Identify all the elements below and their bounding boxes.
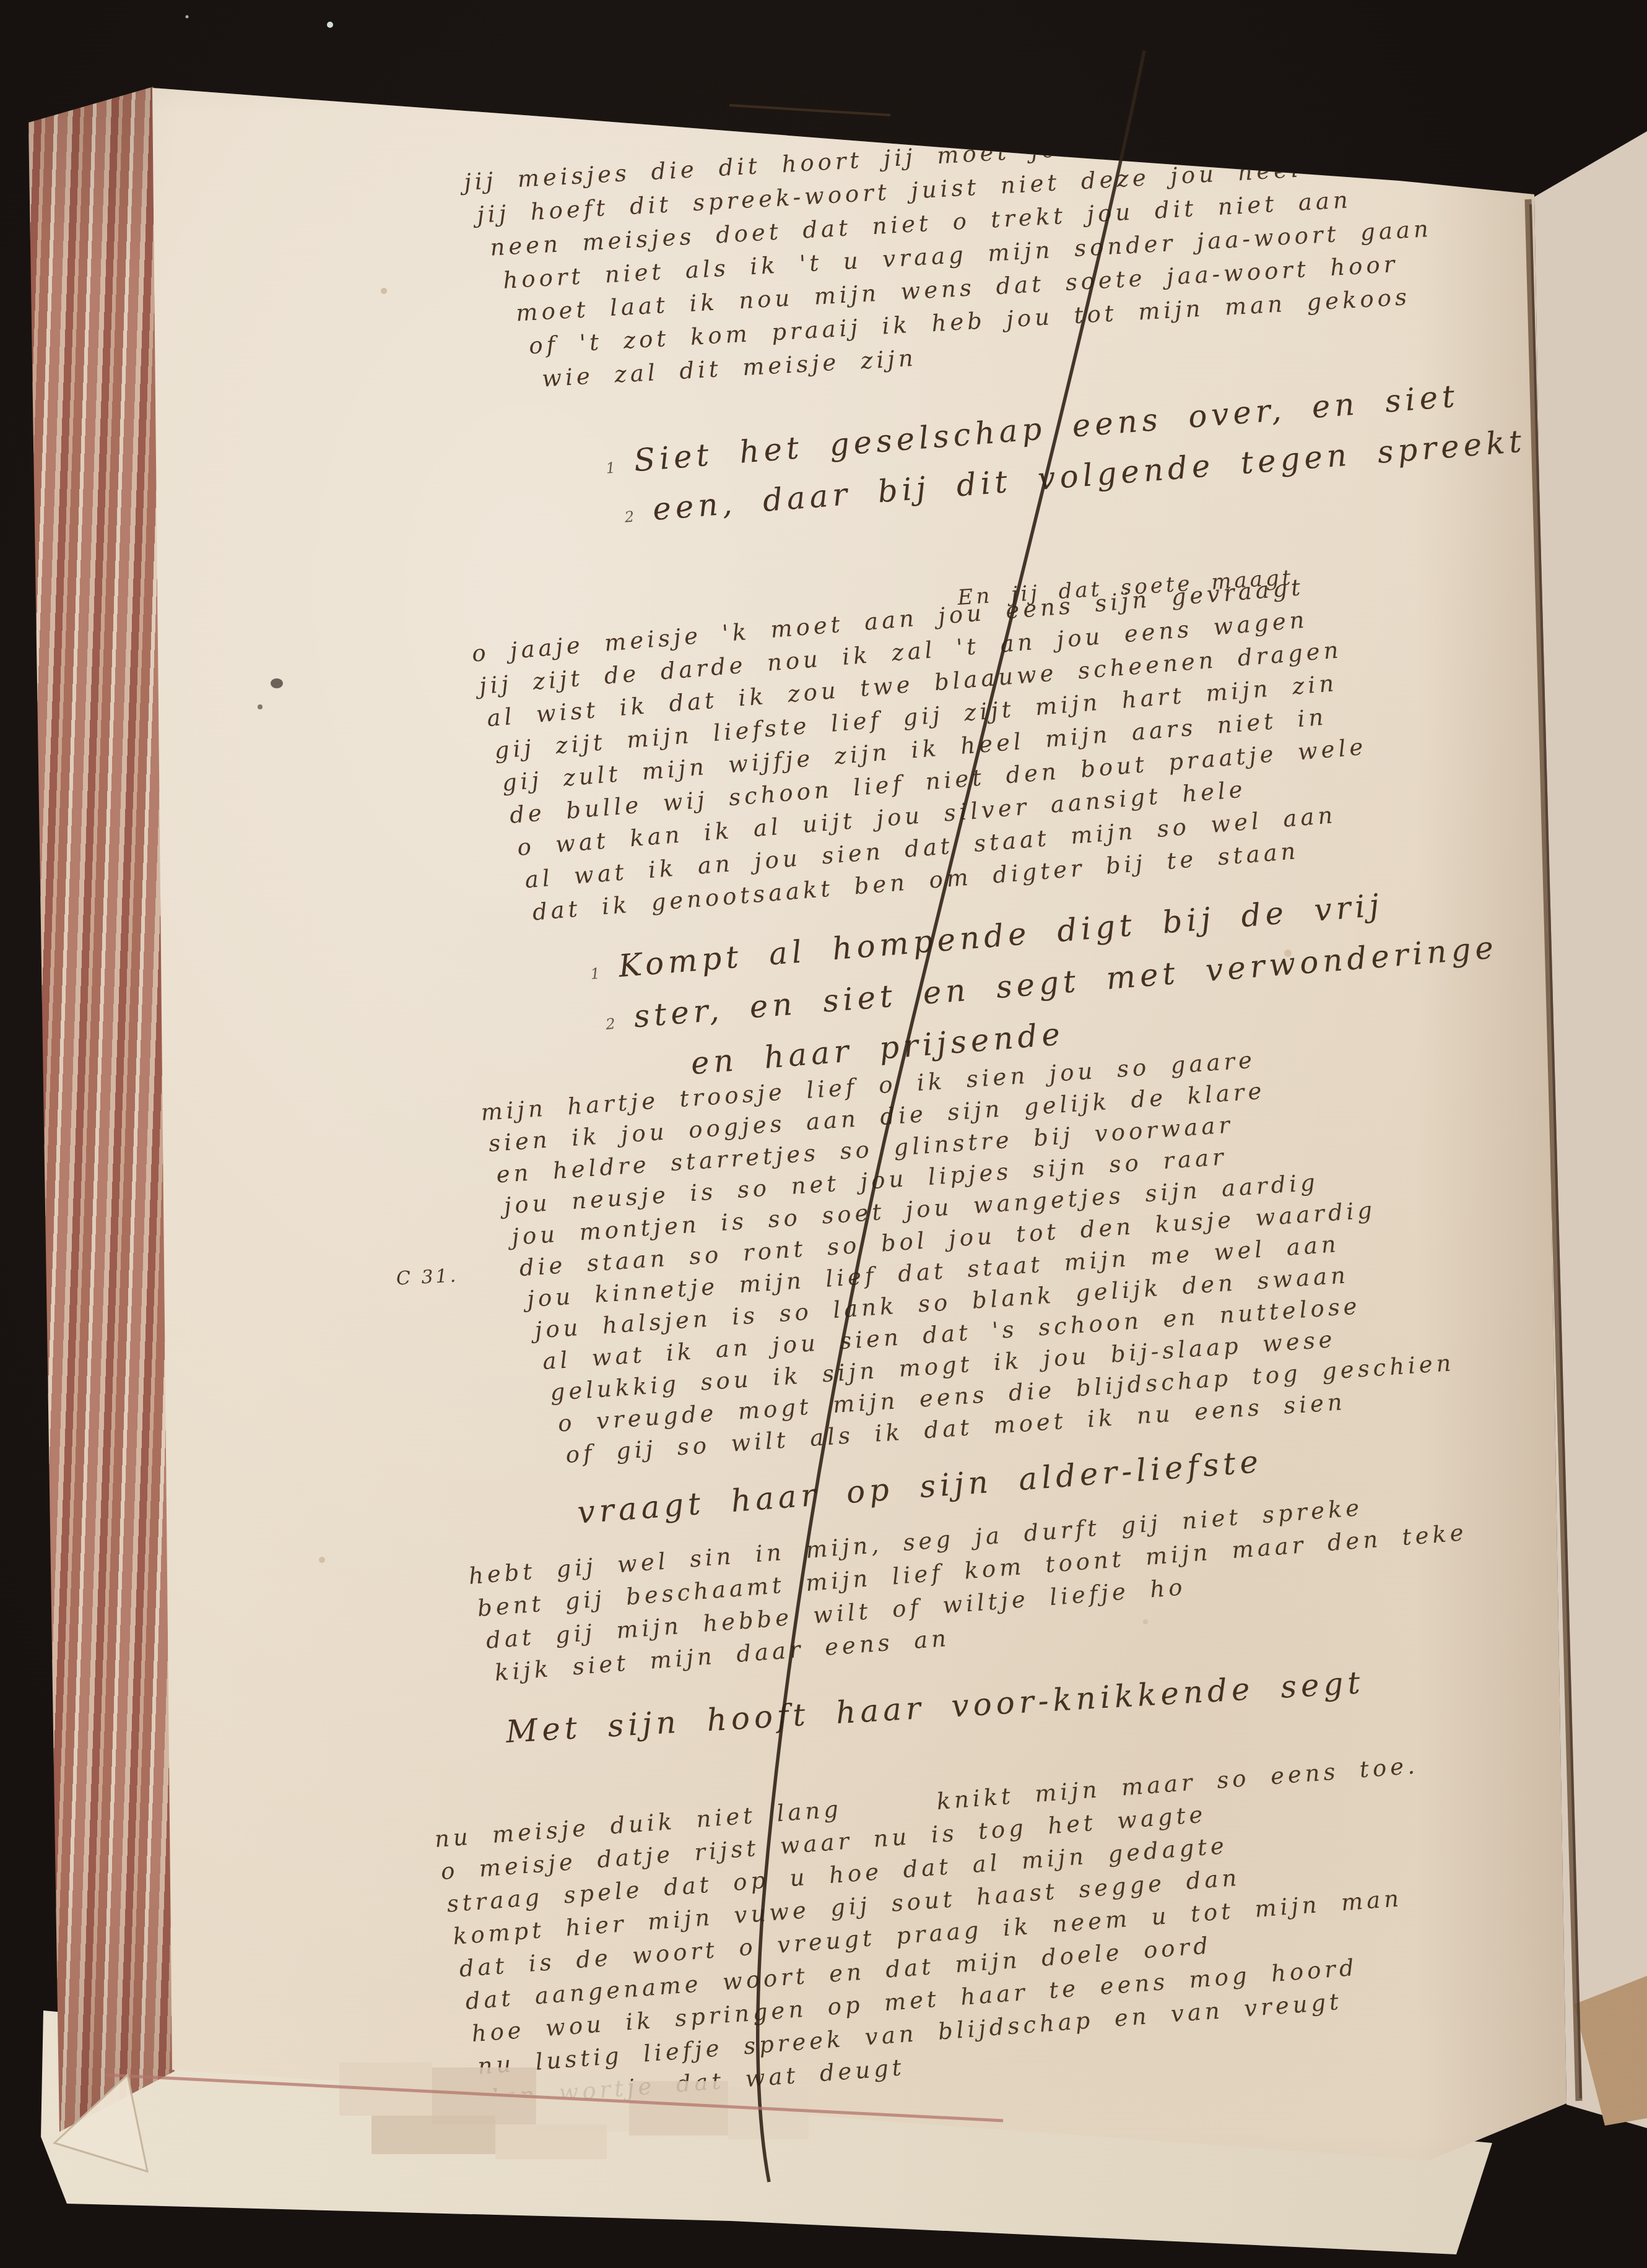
title-strikethrough bbox=[729, 105, 890, 115]
pixel-patch bbox=[339, 2062, 432, 2116]
pixel-patch bbox=[536, 2075, 629, 2132]
line-number: 1 bbox=[605, 459, 620, 477]
stanza-1: jij meisjes die dit hoort jij moet jou d… bbox=[463, 110, 1484, 399]
pixel-patch bbox=[629, 2081, 728, 2136]
dust-speck bbox=[186, 15, 189, 19]
line-text: Spreekt tegen de vrijsters bbox=[653, 77, 1298, 132]
line-number: 2 bbox=[624, 508, 639, 526]
manuscript-page: Spreekt tegen de vrijsters jij meisjes d… bbox=[0, 0, 1647, 2268]
pixel-patch bbox=[372, 2116, 495, 2154]
dust-speck bbox=[327, 22, 333, 28]
line-number: 1 bbox=[590, 964, 605, 983]
pixel-patch bbox=[728, 2087, 809, 2139]
photo-background: Spreekt tegen de vrijsters jij meisjes d… bbox=[0, 0, 1647, 2268]
stage-direction-1: 1Siet het geselschap eens over, en siet2… bbox=[604, 369, 1528, 541]
stanza-3: mijn hartje troosje lief o ik sien jou s… bbox=[480, 1032, 1458, 1474]
stanza-5: nu meisje duik niet lang knikt mijn maar… bbox=[433, 1749, 1439, 2118]
manuscript-title: Spreekt tegen de vrijsters bbox=[652, 76, 1297, 134]
line-number: 2 bbox=[605, 1015, 620, 1033]
manuscript-line: Spreekt tegen de vrijsters bbox=[652, 76, 1297, 134]
margin-note: C 31. bbox=[396, 1265, 459, 1289]
pixel-patch bbox=[495, 2124, 607, 2159]
stanza-2: o jaaje meisje 'k moet aan jou eens sijn… bbox=[471, 566, 1376, 932]
